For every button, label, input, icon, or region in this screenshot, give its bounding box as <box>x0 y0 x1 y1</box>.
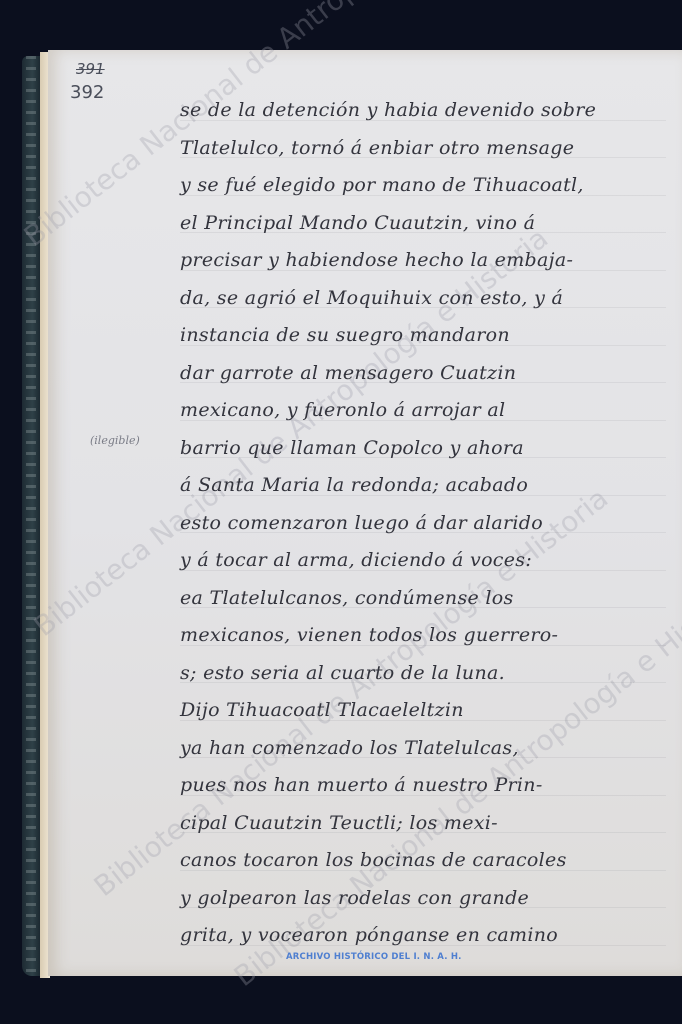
text-line: da, se agrió el Moquihuix con esto, y á <box>180 280 680 318</box>
text-line: el Principal Mando Cuautzin, vino á <box>180 205 680 243</box>
margin-note: (ilegible) <box>90 434 140 447</box>
text-line: esto comenzaron luego á dar alarido <box>180 505 680 543</box>
manuscript-text: se de la detención y habia devenido sobr… <box>180 92 680 955</box>
archive-stamp: ARCHIVO HISTÓRICO DEL I. N. A. H. <box>286 952 462 962</box>
text-line: s; esto seria al cuarto de la luna. <box>180 655 680 693</box>
text-line: instancia de su suegro mandaron <box>180 317 680 355</box>
text-line: pues nos han muerto á nuestro Prin- <box>180 767 680 805</box>
text-line: grita, y vocearon pónganse en camino <box>180 917 680 955</box>
text-line: ya han comenzado los Tlatelulcas, <box>180 730 680 768</box>
text-line: Tlatelulco, tornó á enbiar otro mensage <box>180 130 680 168</box>
text-line: á Santa Maria la redonda; acabado <box>180 467 680 505</box>
folio-number: 392 <box>70 82 104 103</box>
text-line: ea Tlatelulcanos, condúmense los <box>180 580 680 618</box>
text-line: y se fué elegido por mano de Tihuacoatl, <box>180 167 680 205</box>
text-line: mexicanos, vienen todos los guerrero- <box>180 617 680 655</box>
manuscript-page: Biblioteca Nacional de Antropología e Hi… <box>48 50 682 976</box>
text-line: mexicano, y fueronlo á arrojar al <box>180 392 680 430</box>
text-line: y golpearon las rodelas con grande <box>180 880 680 918</box>
text-line: canos tocaron los bocinas de caracoles <box>180 842 680 880</box>
text-line: dar garrote al mensagero Cuatzin <box>180 355 680 393</box>
text-line: precisar y habiendose hecho la embaja- <box>180 242 680 280</box>
text-line: barrio que llaman Copolco y ahora <box>180 430 680 468</box>
text-line: Dijo Tihuacoatl Tlacaeleltzin <box>180 692 680 730</box>
text-line: y á tocar al arma, diciendo á voces: <box>180 542 680 580</box>
struck-folio-number: 391 <box>76 60 105 78</box>
text-line: se de la detención y habia devenido sobr… <box>180 92 680 130</box>
text-line: cipal Cuautzin Teuctli; los mexi- <box>180 805 680 843</box>
